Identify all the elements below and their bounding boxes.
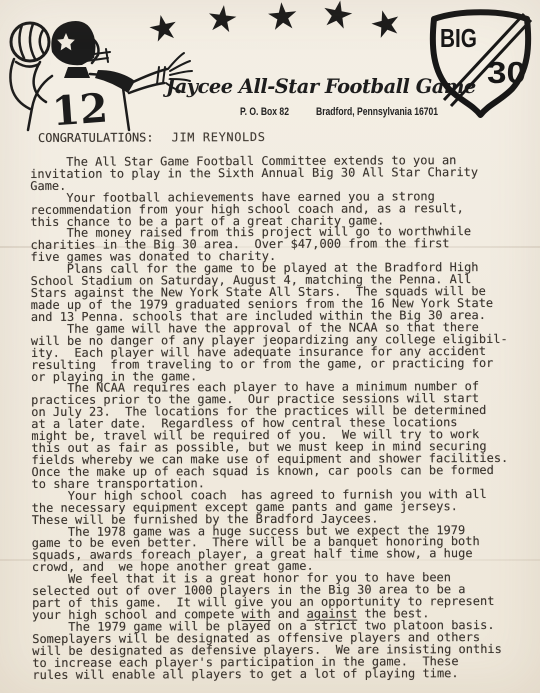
salutation-label: CONGRATULATIONS:: [38, 130, 154, 145]
badge-text-big: BIG: [440, 23, 477, 53]
letter-line: rules will enable all players to get a l…: [32, 667, 537, 681]
salutation-line: CONGRATULATIONS:JIM REYNOLDS: [30, 131, 535, 145]
badge-text-30: 30: [487, 55, 526, 90]
letterhead-title: Jaycee All-Star Football Game: [166, 74, 420, 98]
letter-body-container: CONGRATULATIONS:JIM REYNOLDS The All Sta…: [30, 131, 537, 682]
jersey-number: 12: [51, 85, 110, 132]
star-icon: ★: [204, 0, 240, 40]
star-icon: ★: [366, 3, 406, 46]
letter-line: invitation to play in the Sixth Annual B…: [30, 167, 535, 181]
big-30-badge: BIG 30: [424, 3, 538, 119]
star-icon: ★: [264, 0, 300, 36]
letter-lines: The All Star Game Football Committee ext…: [30, 155, 537, 682]
recipient-name: JIM REYNOLDS: [172, 130, 266, 144]
star-icon: ★: [318, 0, 358, 36]
scanned-letter-page: ★★★★★: [0, 0, 540, 693]
city-address: Bradford, Pennsylvania 16701: [316, 106, 438, 118]
po-box-address: P. O. Box 82: [240, 106, 289, 118]
letterhead: ★★★★★: [0, 0, 540, 135]
quarterback-illustration-icon: 12: [2, 12, 194, 132]
